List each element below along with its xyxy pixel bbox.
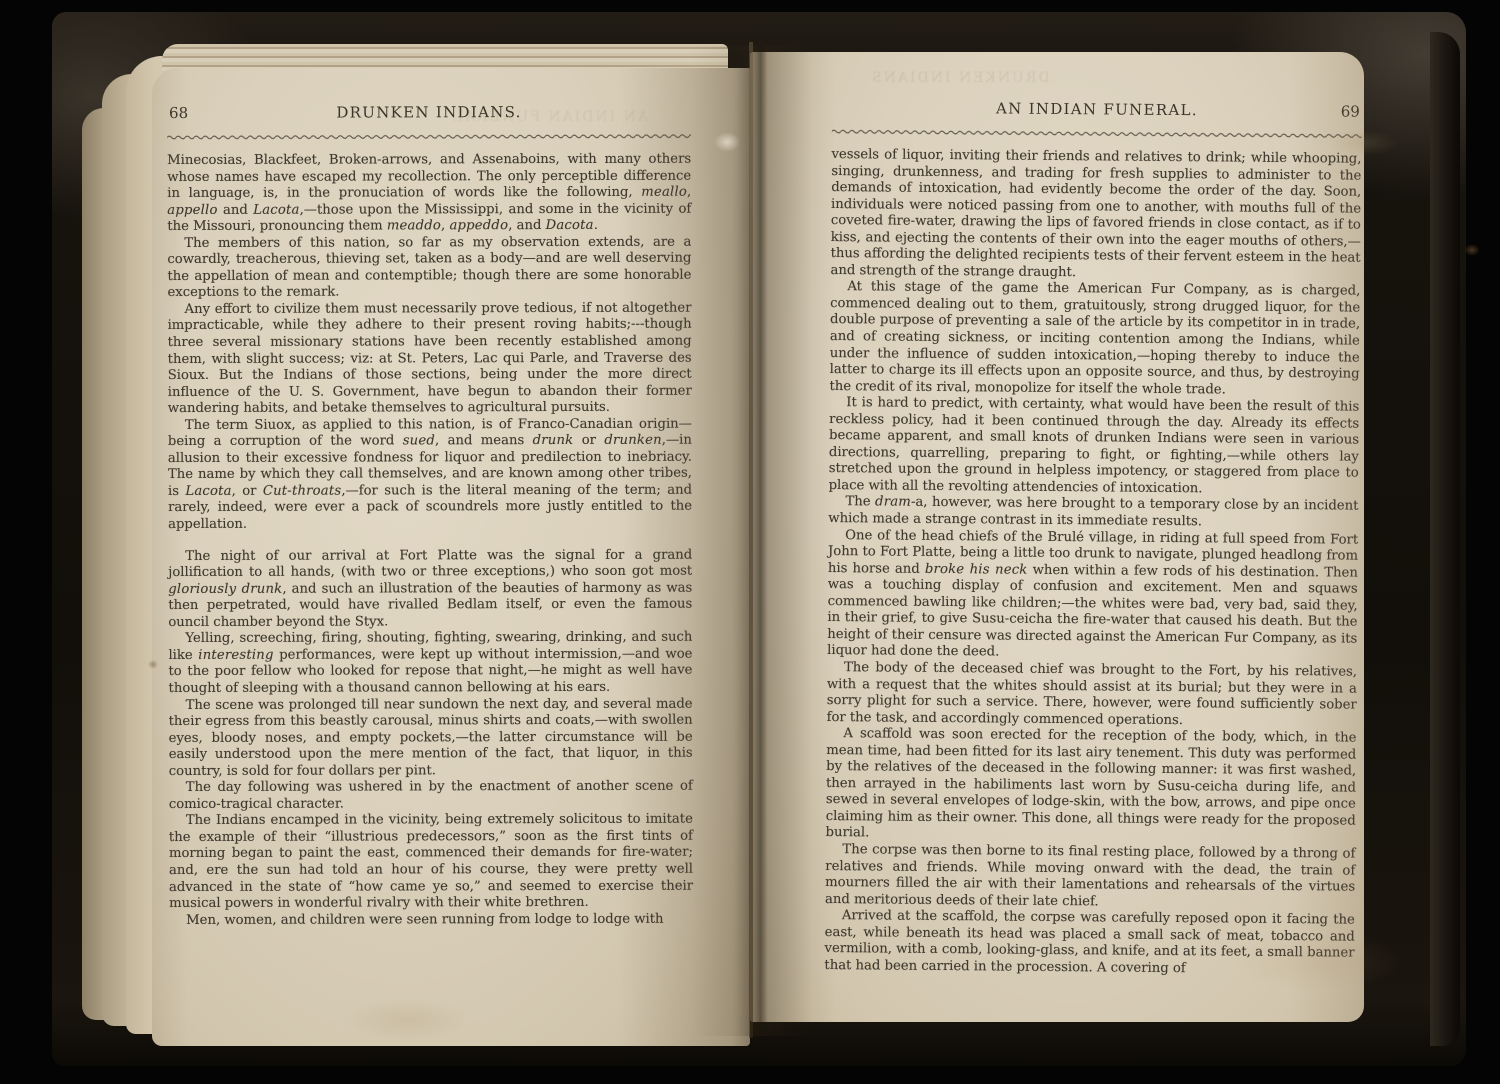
paragraph: The Indians encamped in the vicinity, be… — [169, 812, 693, 913]
page-left-content: 68 DRUNKEN INDIANS. Minecosias, Blackfee… — [167, 103, 693, 930]
wavy-rule-left — [167, 133, 691, 141]
body-text-right: vessels of liquor, inviting their friend… — [824, 147, 1361, 979]
paragraph: The corpse was then borne to its final r… — [825, 842, 1356, 913]
photo-background: AN INDIAN FUNERAL 68 DRUNKEN INDIANS. Mi… — [0, 0, 1500, 1084]
right-fore-edge-pages — [1360, 38, 1436, 1040]
paragraph: Arrived at the scaffold, the corpse was … — [824, 908, 1355, 979]
page-header-left: 68 DRUNKEN INDIANS. — [167, 103, 691, 128]
paragraph: The dram-a, however, was here brought to… — [828, 494, 1358, 532]
open-book: AN INDIAN FUNERAL 68 DRUNKEN INDIANS. Mi… — [52, 12, 1466, 1066]
page-right: DRUNKEN INDIANS AN INDIAN FUNERAL. 69 ve… — [750, 52, 1364, 1022]
paragraph: Yelling, screeching, firing, shouting, f… — [168, 630, 692, 698]
page-number-right: 69 — [1341, 102, 1360, 120]
paragraph: It is hard to predict, with certainty, w… — [829, 395, 1360, 499]
paragraph: Any effort to civilize them must necessa… — [168, 301, 692, 418]
paragraph: vessels of liquor, inviting their friend… — [830, 147, 1361, 284]
paragraph: The body of the deceased chief was broug… — [827, 660, 1358, 731]
paragraph: Minecosias, Blackfeet, Broken-arrows, an… — [167, 152, 691, 236]
running-title-left: DRUNKEN INDIANS. — [167, 103, 691, 122]
bleed-through-text: DRUNKEN INDIANS — [870, 70, 1050, 86]
paragraph: Men, women, and children were seen runni… — [169, 911, 693, 929]
paragraph: The night of our arrival at Fort Platte … — [168, 547, 692, 631]
bottom-cover-edge — [116, 1034, 676, 1060]
wavy-rule-right — [832, 128, 1362, 140]
paragraph: The term Siuox, as applied to this natio… — [168, 416, 692, 533]
page-header-right: AN INDIAN FUNERAL. 69 — [832, 98, 1362, 127]
paragraph: One of the head chiefs of the Brulé vill… — [827, 528, 1358, 665]
paragraph: The day following was ushered in by the … — [169, 779, 693, 813]
page-right-content: AN INDIAN FUNERAL. 69 vessels of liquor,… — [824, 98, 1362, 979]
book-cover-edge — [1430, 32, 1460, 1046]
body-text-left: Minecosias, Blackfeet, Broken-arrows, an… — [167, 152, 693, 930]
page-left: AN INDIAN FUNERAL 68 DRUNKEN INDIANS. Mi… — [152, 68, 750, 1046]
paragraph: The members of this nation, so far as my… — [167, 234, 691, 302]
paragraph: At this stage of the game the American F… — [829, 279, 1360, 399]
stain — [1464, 244, 1480, 256]
paragraph: A scaffold was soon erected for the rece… — [826, 726, 1357, 846]
running-title-right: AN INDIAN FUNERAL. — [832, 98, 1362, 121]
paragraph: The scene was prolonged till near sundow… — [169, 696, 693, 780]
